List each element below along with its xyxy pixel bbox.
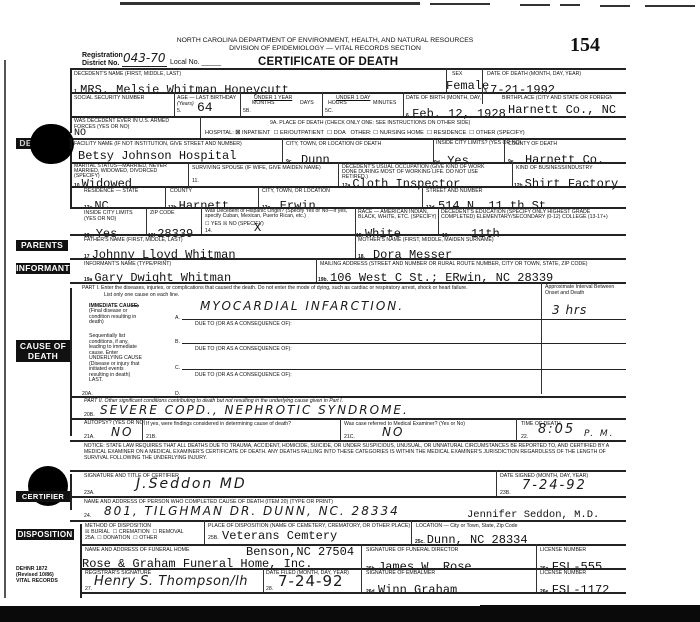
divider — [240, 92, 241, 116]
divider — [70, 520, 626, 522]
cause-line-a-interval: 3 hrs — [552, 304, 587, 316]
divider — [496, 470, 497, 496]
divider — [70, 92, 626, 94]
form-identifier: DEHNR 1872 (Revised 10/86) VITAL RECORDS — [16, 566, 58, 584]
field-number: 5. — [177, 108, 181, 114]
months-label: Months — [252, 100, 274, 106]
date-filed: 7-24-92 — [278, 575, 344, 587]
field-number: 5c. — [325, 108, 333, 114]
divider — [258, 186, 259, 207]
mother-label: MOTHER'S NAME (First, Middle, Maiden Sur… — [358, 237, 494, 243]
divider — [316, 258, 317, 282]
scan-left-edge — [4, 60, 6, 620]
days-label: Days — [300, 100, 314, 106]
residence-city-label: CITY, TOWN, OR LOCATION — [262, 188, 330, 194]
location-label: LOCATION — City or Town, State, Zip Code — [416, 523, 518, 529]
part1-sublabel: List only one cause on each line. — [104, 292, 179, 298]
interval-label: Approximate Interval Between Onset and D… — [545, 285, 615, 296]
nursing-home-option: Nursing Home — [380, 130, 424, 136]
registrar-signature: Henry S. Thompson/lh — [94, 576, 248, 588]
place-of-death-label: 9a. PLACE OF DEATH (Check only one: see … — [270, 120, 620, 126]
scan-artifact — [520, 4, 550, 6]
registration-number: 043-70 — [123, 52, 166, 64]
scan-artifact — [645, 5, 695, 7]
minutes-label: Minutes — [373, 100, 396, 106]
res-inside-limits-label: INSIDE CITY LIMITS (Yes or No) — [84, 210, 146, 222]
county-of-death-label: COUNTY OF DEATH — [508, 141, 557, 147]
doa-checkbox[interactable]: ☐ — [327, 130, 332, 136]
header-department: NORTH CAROLINA DEPARTMENT OF ENVIRONMENT… — [155, 37, 495, 53]
divider — [201, 207, 202, 234]
nursing-home-checkbox[interactable]: ☐ — [373, 130, 378, 136]
residence-checkbox[interactable]: ☐ — [427, 130, 432, 136]
line-a-letter: a. — [175, 315, 180, 321]
tab-cause-of-death: CAUSE OF DEATH — [16, 340, 70, 362]
father-label: FATHER'S NAME (First, Middle, Last) — [84, 237, 183, 243]
other-checkbox[interactable]: ☐ — [469, 130, 474, 136]
divider — [361, 568, 362, 592]
time-ampm: P. M. — [584, 428, 615, 440]
tab-cause-label-1: CAUSE OF — [16, 341, 70, 351]
scan-artifact — [600, 5, 630, 7]
business-label: KIND OF BUSINESS/INDUSTRY — [516, 165, 593, 171]
er-outpatient-option: ER/Outpatient — [280, 130, 324, 136]
divider — [122, 66, 167, 67]
registration-label: Registration — [82, 52, 123, 60]
local-no: Local No. _____ — [170, 59, 221, 66]
inpatient-option: Inpatient — [242, 130, 270, 136]
divider — [482, 92, 483, 104]
residence-option: Residence — [434, 130, 467, 136]
divider — [70, 258, 626, 260]
place-of-death-options: HOSPITAL: ☒ Inpatient ☐ ER/Outpatient ☐ … — [205, 130, 525, 136]
death-city-label: CITY, TOWN, OR LOCATION OF DEATH — [286, 141, 381, 147]
other-disposition-option: Other — [139, 535, 157, 541]
medical-examiner-notice: NOTICE: STATE LAW REQUIRES THAT ALL DEAT… — [84, 443, 626, 462]
part1-label: PART I. Enter the diseases, injuries, or… — [82, 285, 468, 291]
certifier-signature: J.Seddon MD — [136, 478, 247, 490]
due-to-label: DUE TO (OR AS A CONSEQUENCE OF): — [195, 372, 292, 378]
other-option: Other (Specify) — [476, 130, 525, 136]
inpatient-checkbox[interactable]: ☒ — [235, 130, 240, 136]
scan-artifact — [560, 4, 580, 6]
field-number: 25a. — [85, 535, 96, 541]
due-to-label: DUE TO (OR AS A CONSEQUENCE OF): — [195, 346, 292, 352]
divider — [165, 186, 166, 207]
embalmer-license: FSL-1172 — [552, 583, 610, 597]
divider — [355, 234, 356, 258]
embalmer-label: SIGNATURE OF EMBALMER — [366, 570, 435, 576]
divider — [340, 418, 341, 440]
divider — [174, 92, 175, 116]
divider — [70, 234, 626, 236]
divider — [282, 138, 283, 162]
hospital-label: HOSPITAL: — [205, 130, 234, 136]
divider — [70, 418, 626, 420]
date-of-death-label: DATE OF DEATH (Month, Day, Year) — [487, 71, 581, 77]
divider — [70, 282, 626, 284]
spouse-label: SURVIVING SPOUSE (If wife, give maiden n… — [192, 165, 321, 171]
facility-label: FACILITY NAME (If not institution, give … — [74, 141, 242, 147]
divider — [403, 92, 404, 116]
hours-label: Hours — [328, 100, 347, 106]
divider — [541, 282, 542, 394]
embalmer-license-field: 26e.FSL-1172 — [540, 580, 609, 598]
divider — [422, 186, 423, 207]
district-label: District No. — [82, 60, 123, 68]
zip-label: ZIP CODE — [150, 210, 174, 216]
divider — [80, 592, 626, 594]
autopsy-value: NO — [111, 426, 133, 438]
age-value: 64 — [197, 102, 213, 114]
ssn-label: SOCIAL SECURITY NUMBER — [74, 95, 144, 101]
redaction-blob — [30, 124, 70, 164]
sequential-label: Sequentially list conditions, if any, le… — [89, 334, 144, 384]
date-of-birth: Feb. 12, 1928 — [412, 107, 506, 121]
armed-forces-label: WAS DECEDENT EVER IN U.S. ARMED FORCES (… — [74, 119, 174, 130]
me-value: NO — [382, 426, 404, 438]
divider — [411, 520, 412, 544]
scan-gap — [0, 598, 480, 606]
frame-left — [70, 147, 72, 207]
facility-value: Betsy Johnson Hospital — [78, 150, 236, 162]
divider — [512, 162, 513, 186]
donation-checkbox[interactable]: ☐ — [97, 535, 102, 541]
business-field: 12bShirt Factory — [514, 174, 618, 192]
divider — [146, 207, 147, 234]
cause-line-a: MYOCARDIAL INFARCTION. — [200, 300, 404, 312]
form-id-line-3: VITAL RECORDS — [16, 578, 58, 584]
dept-line-2: DIVISION OF EPIDEMIOLOGY — VITAL RECORDS… — [155, 45, 495, 53]
divider — [322, 92, 323, 116]
divider — [504, 138, 505, 162]
part2-conditions: SEVERE COPD., NEPHROTIC SYNDROME. — [100, 404, 409, 416]
field-number: 25b. — [208, 535, 219, 541]
dob-label: DATE OF BIRTH (Month, Day, Year) — [406, 95, 482, 101]
due-to-label: DUE TO (OR AS A CONSEQUENCE OF): — [195, 321, 292, 327]
birthplace-label: BIRTHPLACE (City and State or Foreign Co… — [502, 95, 612, 101]
completer-address: 801, TILGHMAN DR. DUNN, NC. 28334 — [104, 505, 400, 517]
divider — [338, 162, 339, 186]
page-number: 154 — [570, 34, 600, 57]
divider — [188, 162, 189, 186]
divider — [182, 369, 626, 370]
divider — [182, 343, 626, 344]
hispanic-label: Was Decedent of Hispanic Origin? (Specif… — [205, 209, 353, 219]
residence-state-label: RESIDENCE — STATE — [84, 188, 138, 194]
divider — [142, 418, 143, 440]
doa-option: DOA — [334, 130, 346, 136]
field-number: 5b. — [243, 108, 251, 114]
tab-disposition: DISPOSITION — [16, 529, 74, 540]
embalmer-field: 26d.Winn Graham — [366, 580, 457, 598]
divider — [200, 116, 201, 138]
frame-left — [70, 68, 72, 133]
divider — [182, 319, 626, 320]
other-label: OTHER: — [350, 130, 371, 136]
field-number: 24. — [84, 513, 91, 519]
license-label: LICENSE NUMBER — [540, 570, 586, 576]
license-label: LICENSE NUMBER — [540, 547, 586, 553]
other-disposition-checkbox[interactable]: ☐ — [133, 535, 138, 541]
registration-district: Registration District No. — [82, 52, 123, 67]
sex-label: SEX — [452, 71, 462, 77]
divider — [438, 207, 439, 234]
scan-artifact — [430, 3, 490, 5]
decedent-name-label: DECEDENT'S NAME (First, Middle, Last) — [74, 71, 181, 77]
scan-bottom-edge — [0, 605, 700, 622]
er-checkbox[interactable]: ☐ — [273, 130, 278, 136]
date-signed: 7-24-92 — [522, 480, 587, 492]
residence-county-label: COUNTY — [170, 188, 192, 194]
certificate-title: CERTIFICATE OF DEATH — [258, 56, 398, 68]
divider — [70, 496, 626, 498]
education-label: DECEDENT'S EDUCATION (Specify only highe… — [441, 210, 616, 220]
informant-address-label: MAILING ADDRESS (Street and Number or Ru… — [320, 261, 587, 267]
scan-artifact — [120, 2, 420, 5]
divider — [204, 520, 205, 544]
divider — [70, 186, 626, 188]
time-of-death: 8:05 — [538, 424, 575, 436]
informant-name-label: INFORMANT'S NAME (Type/Print) — [84, 261, 171, 267]
divider — [70, 470, 626, 472]
tab-certifier: CERTIFIER — [16, 491, 70, 502]
immediate-cause-sublabel: (Final disease or condition resulting in… — [89, 309, 139, 326]
method-options-row2: 25a. ☐ Donation ☐ Other — [85, 535, 157, 541]
divider — [70, 138, 626, 140]
director-label: SIGNATURE OF FUNERAL DIRECTOR — [366, 547, 458, 553]
street-label: STREET AND NUMBER — [426, 188, 482, 194]
age-sub-label: (Years) — [177, 101, 194, 107]
donation-option: Donation — [103, 535, 130, 541]
tab-parents: PARENTS — [16, 240, 68, 251]
father-name: Johnny Lloyd Whitman — [92, 248, 236, 262]
line-b-letter: b. — [175, 339, 180, 345]
divider — [70, 68, 626, 70]
tab-informant: INFORMANT — [16, 263, 70, 274]
divider — [263, 568, 264, 592]
funeral-home-label: NAME AND ADDRESS OF FUNERAL HOME — [85, 547, 189, 553]
birthplace-value: Harnett Co., NC — [508, 104, 616, 116]
divider — [482, 68, 483, 92]
business-industry: Shirt Factory — [525, 177, 619, 191]
frame-left — [70, 288, 72, 436]
race-label: RACE — American Indian, Black, White, et… — [358, 210, 438, 220]
frame-left — [70, 474, 72, 510]
embalmer: Winn Graham — [378, 583, 457, 597]
dept-line-1: NORTH CAROLINA DEPARTMENT OF ENVIRONMENT… — [155, 37, 495, 45]
divider — [361, 544, 362, 568]
line-c-letter: c. — [175, 365, 180, 371]
hispanic-value: X — [254, 222, 261, 234]
findings-label: If yes, were findings considered in dete… — [146, 421, 291, 427]
divider — [516, 418, 517, 440]
disposition-place: Veterans Cemtery — [222, 530, 337, 542]
divider — [70, 440, 626, 442]
age-years-label: (Years) — [177, 101, 194, 107]
me-label: Was case referred to Medical Examiner? (… — [344, 421, 465, 427]
mother-name: Dora Messer — [373, 248, 452, 262]
tab-cause-label-2: DEATH — [16, 351, 70, 361]
field-number: 11. — [192, 178, 199, 184]
removal-option: Removal — [159, 529, 184, 535]
